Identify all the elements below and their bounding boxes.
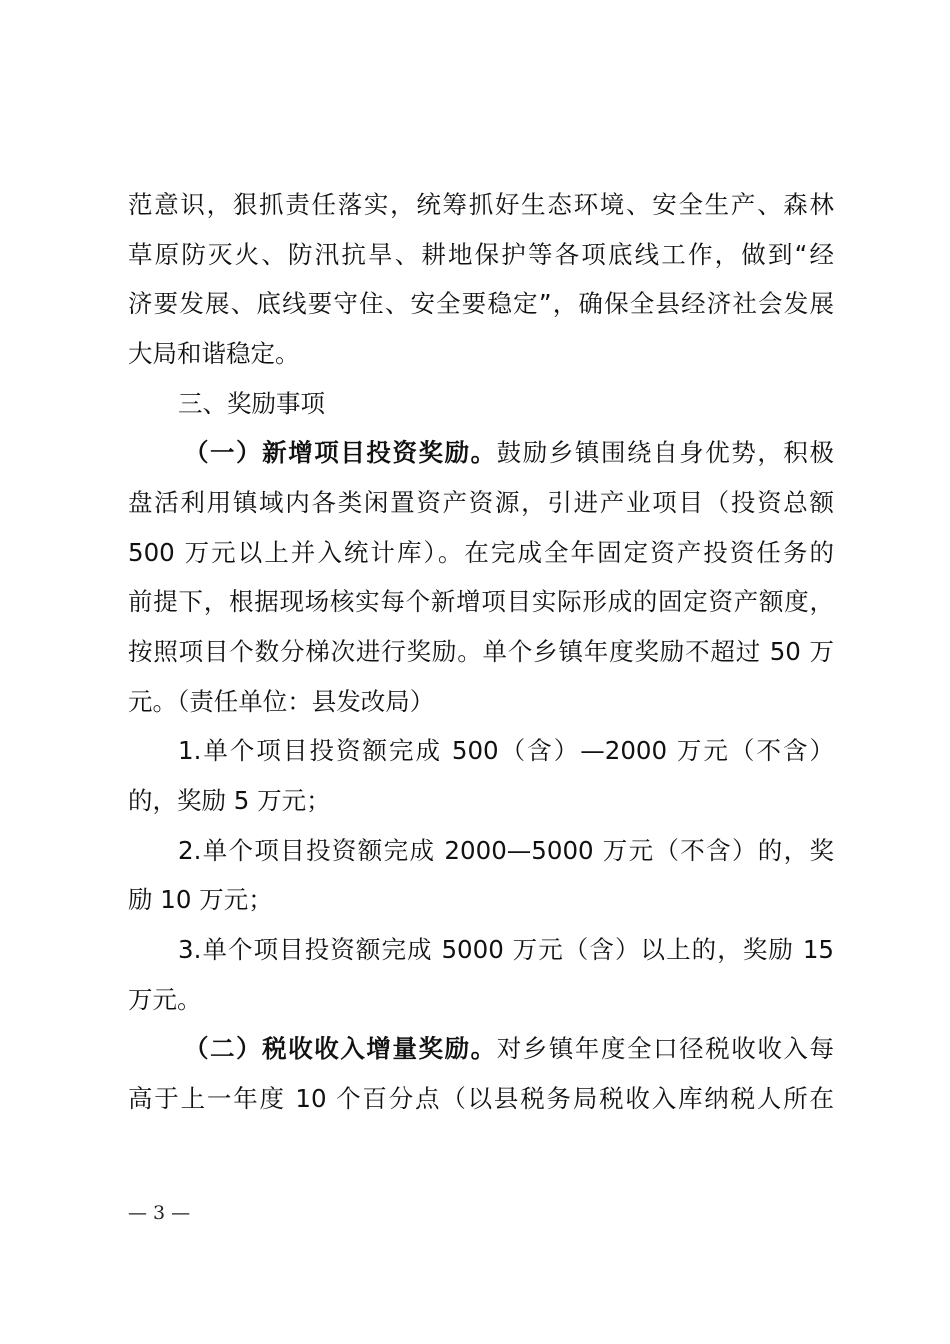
document-page: 范意识，狠抓责任落实，统筹抓好生态环境、安全生产、森林 草原防灭火、防汛抗旱、耕… xyxy=(0,0,950,1344)
section-heading: 三、奖励事项 xyxy=(128,384,834,424)
subsection-1-text: 鼓励乡镇围绕自身优势，积极 xyxy=(497,438,834,467)
subsection-1-first-line: （一）新增项目投资奖励。鼓励乡镇围绕自身优势，积极 xyxy=(128,433,834,473)
paragraph-line: 500 万元以上并入统计库）。在完成全年固定资产投资任务的 xyxy=(128,533,834,573)
subsection-1-heading: （一）新增项目投资奖励。 xyxy=(184,438,497,467)
list-item-3: 3.单个项目投资额完成 5000 万元（含）以上的，奖励 15 xyxy=(128,930,834,970)
list-item-1-cont: 的，奖励 5 万元； xyxy=(128,781,834,821)
paragraph-line: 元。（责任单位：县发改局） xyxy=(128,682,834,722)
list-item-1: 1.单个项目投资额完成 500（含）—2000 万元（不含） xyxy=(128,731,834,771)
paragraph-line: 按照项目个数分梯次进行奖励。单个乡镇年度奖励不超过 50 万 xyxy=(128,632,834,672)
subsection-2-first-line: （二）税收收入增量奖励。对乡镇年度全口径税收收入每 xyxy=(128,1029,834,1069)
subsection-2-text: 对乡镇年度全口径税收收入每 xyxy=(497,1034,834,1063)
paragraph-line: 大局和谐稳定。 xyxy=(128,334,834,374)
paragraph-line: 盘活利用镇域内各类闲置资产资源，引进产业项目（投资总额 xyxy=(128,483,834,523)
paragraph-line: 济要发展、底线要守住、安全要稳定”，确保全县经济社会发展 xyxy=(128,284,834,324)
list-item-2: 2.单个项目投资额完成 2000—5000 万元（不含）的，奖 xyxy=(128,831,834,871)
paragraph-line: 草原防灭火、防汛抗旱、耕地保护等各项底线工作，做到“经 xyxy=(128,235,834,275)
paragraph-line: 前提下，根据现场核实每个新增项目实际形成的固定资产额度， xyxy=(128,582,834,622)
list-item-2-cont: 励 10 万元； xyxy=(128,880,834,920)
list-item-3-cont: 万元。 xyxy=(128,980,834,1020)
paragraph-line: 高于上一年度 10 个百分点（以县税务局税收入库纳税人所在 xyxy=(128,1079,834,1119)
subsection-2-heading: （二）税收收入增量奖励。 xyxy=(184,1034,497,1063)
page-number: — 3 — xyxy=(128,1202,190,1224)
paragraph-line: 范意识，狠抓责任落实，统筹抓好生态环境、安全生产、森林 xyxy=(128,185,834,225)
